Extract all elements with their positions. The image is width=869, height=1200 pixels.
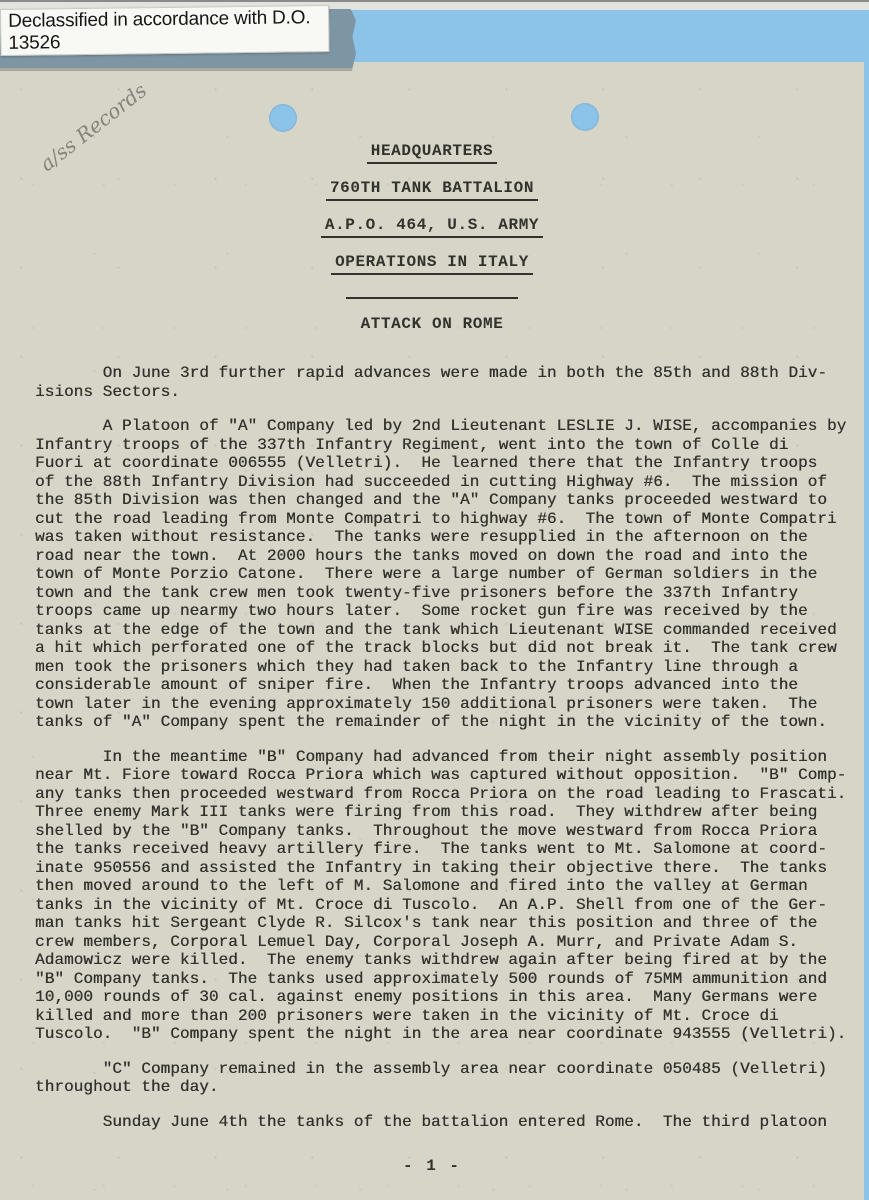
paragraph-1: On June 3rd further rapid advances were … [35, 364, 865, 401]
document-subtitle: ATTACK ON ROME [361, 315, 504, 333]
header-separator [346, 297, 518, 299]
header-line-operations: OPERATIONS IN ITALY [331, 253, 533, 275]
paragraph-2: A Platoon of "A" Company led by 2nd Lieu… [35, 417, 865, 732]
punch-hole-right [571, 103, 599, 131]
declassification-label-text: Declassified in accordance with D.O. 135… [8, 6, 329, 54]
page-number: - 1 - [0, 1157, 864, 1175]
declassification-label: Declassified in accordance with D.O. 135… [0, 5, 330, 56]
document-body: On June 3rd further rapid advances were … [35, 364, 865, 1147]
paragraph-5: Sunday June 4th the tanks of the battali… [35, 1113, 865, 1132]
punch-hole-left [269, 104, 297, 132]
document-header: HEADQUARTERS 760TH TANK BATTALION A.P.O.… [0, 142, 864, 333]
scanned-document-page: Declassified in accordance with D.O. 135… [0, 0, 869, 1200]
header-line-headquarters: HEADQUARTERS [367, 142, 497, 164]
paragraph-4: "C" Company remained in the assembly are… [35, 1060, 865, 1097]
header-line-apo: A.P.O. 464, U.S. ARMY [321, 216, 543, 238]
paragraph-3: In the meantime "B" Company had advanced… [35, 748, 865, 1044]
header-line-battalion: 760TH TANK BATTALION [326, 179, 538, 201]
